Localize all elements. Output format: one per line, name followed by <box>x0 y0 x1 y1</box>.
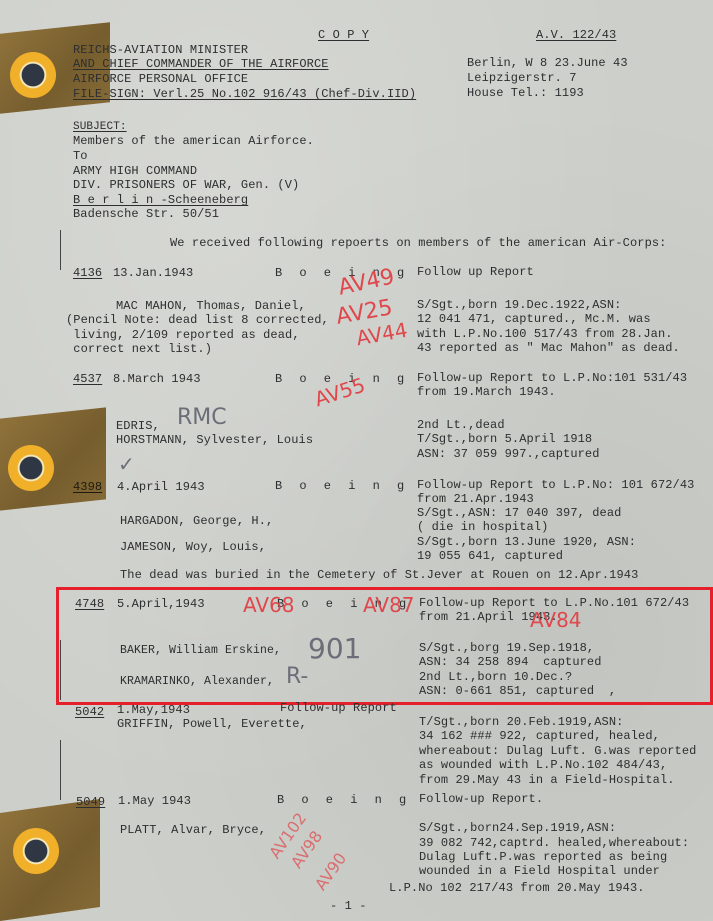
crew-line: HARGADON, George, H., <box>120 514 273 528</box>
detail-line: Dulag Luft.P.was reported as being <box>419 850 667 864</box>
pencil-checkmark: ✓ <box>118 452 135 476</box>
subject-label: SUBJECT: <box>73 120 127 134</box>
recipient-line: Badensche Str. 50/51 <box>73 207 219 221</box>
detail-line: ASN: 34 258 894 captured <box>419 655 602 669</box>
crew-line: HORSTMANN, Sylvester, Louis <box>116 433 313 447</box>
entry-report: Follow up Report <box>417 265 534 279</box>
crew-line: JAMESON, Woy, Louis, <box>120 540 266 554</box>
entry-date: 4.April 1943 <box>117 480 205 494</box>
entry-report: Follow-up Report <box>280 701 397 715</box>
pencil-note: RMC <box>177 405 227 430</box>
detail-line: 34 162 ### 922, captured, healed, <box>419 729 660 743</box>
red-annotation: AV90 <box>311 849 350 894</box>
entry-date: 5.April,1943 <box>117 597 205 611</box>
entry-number: 4748 <box>75 597 104 611</box>
detail-line: from 29.May 43 in a Field-Hospital. <box>419 773 675 787</box>
entry-date: 1.May,1943 <box>117 703 190 717</box>
detail-line: T/Sgt.,born 20.Feb.1919,ASN: <box>419 715 623 729</box>
entry-aircraft: B o e i n g <box>277 793 411 807</box>
detail-line: 19 055 641, captured <box>417 549 563 563</box>
detail-line: 2nd Lt.,born 10.Dec.? <box>419 670 572 684</box>
detail-line: S/Sgt.,borg 19.Sep.1918, <box>419 641 594 655</box>
red-annotation: AV68 <box>243 593 295 617</box>
recipient-line: DIV. PRISONERS OF WAR, Gen. (V) <box>73 178 299 192</box>
detail-line: 12 041 471, captured., Mc.M. was <box>417 312 651 326</box>
entry-number: 5049 <box>76 795 105 809</box>
crew-line: (Pencil Note: dead list 8 corrected, <box>66 313 329 327</box>
detail-line: S/Sgt.,born 13.June 1920, ASN: <box>417 535 636 549</box>
detail-line: with L.P.No.100 517/43 from 28.Jan. <box>417 327 673 341</box>
recipient-to: To <box>73 149 88 163</box>
pencil-note: R- <box>286 664 308 689</box>
entry-date: 1.May 1943 <box>118 794 191 808</box>
detail-line: whereabout: Dulag Luft. G.was reported <box>419 744 696 758</box>
crew-line: living, 2/109 reported as dead, <box>66 328 300 342</box>
subject-text: Members of the american Airforce. <box>73 134 314 148</box>
detail-line: 39 082 742,captrd. healed,whereabout: <box>419 836 689 850</box>
entry-date: 8.March 1943 <box>113 372 201 386</box>
sender-line: AND CHIEF COMMANDER OF THE AIRFORCE <box>73 57 329 71</box>
address-line: House Tel.: 1193 <box>467 86 584 100</box>
detail-line: S/Sgt.,born 19.Dec.1922,ASN: <box>417 298 621 312</box>
detail-line: T/Sgt.,born 5.April 1918 <box>417 432 592 446</box>
detail-line: S/Sgt.,born24.Sep.1919,ASN: <box>419 821 616 835</box>
punch-hole-top <box>10 52 56 98</box>
entry-number: 4537 <box>73 372 102 386</box>
detail-line: 2nd Lt.,dead <box>417 418 505 432</box>
crew-line: BAKER, William Erskine, <box>120 644 281 658</box>
address-line: Leipzigerstr. 7 <box>467 71 577 85</box>
detail-line: ( die in hospital) <box>417 520 548 534</box>
entry-report: Follow-up Report to L.P.No: 101 672/43 <box>417 478 694 492</box>
reference-number: A.V. 122/43 <box>536 28 616 42</box>
entry-footer: The dead was buried in the Cemetery of S… <box>120 568 638 582</box>
sender-line: REICHS-AVIATION MINISTER <box>73 43 248 57</box>
margin-mark <box>60 740 61 800</box>
entry-aircraft: B o e i n g <box>275 479 409 493</box>
detail-line: 43 reported as " Mac Mahon" as dead. <box>417 341 680 355</box>
address-line: Berlin, W 8 23.June 43 <box>467 56 628 70</box>
entry-report: Follow-up Report. <box>419 792 543 806</box>
entry-number: 4398 <box>73 480 102 494</box>
punch-hole-middle <box>8 445 54 491</box>
copy-label: C O P Y <box>318 28 369 42</box>
entry-report: from 21.Apr.1943 <box>417 492 534 506</box>
detail-line: wounded in a Field Hospital under <box>419 864 660 878</box>
entry-report: from 19.March 1943. <box>417 385 556 399</box>
recipient-line: B e r l i n -Scheeneberg <box>73 193 248 207</box>
crew-line: GRIFFIN, Powell, Everette, <box>117 717 307 731</box>
red-annotation: AV87 <box>363 593 415 617</box>
file-sign: FILE-SIGN: Verl.25 No.102 916/43 (Chef-D… <box>73 87 416 101</box>
entry-footer: L.P.No 102 217/43 from 20.May 1943. <box>389 881 645 895</box>
document-page: C O P Y A.V. 122/43 REICHS-AVIATION MINI… <box>0 0 713 921</box>
entry-report: Follow-up Report to L.P.No:101 531/43 <box>417 371 687 385</box>
intro-text: We received following repoerts on member… <box>170 236 666 250</box>
detail-line: ASN: 0-661 851, captured , <box>419 684 616 698</box>
pencil-note: 901 <box>308 632 361 665</box>
red-annotation: AV84 <box>530 608 582 632</box>
crew-line: correct next list.) <box>66 342 212 356</box>
detail-line: as wounded with L.P.No.102 484/43, <box>419 758 667 772</box>
punch-hole-bottom <box>13 828 59 874</box>
crew-line: MAC MAHON, Thomas, Daniel, <box>116 299 306 313</box>
entry-number: 5042 <box>75 705 104 719</box>
recipient-line: ARMY HIGH COMMAND <box>73 164 197 178</box>
entry-date: 13.Jan.1943 <box>113 266 193 280</box>
sender-line: AIRFORCE PERSONAL OFFICE <box>73 72 248 86</box>
margin-mark <box>60 230 61 270</box>
crew-line: EDRIS, <box>116 419 160 433</box>
detail-line: ASN: 37 059 997.,captured <box>417 447 600 461</box>
crew-line: PLATT, Alvar, Bryce, <box>120 823 266 837</box>
page-number: - 1 - <box>330 899 367 913</box>
entry-number: 4136 <box>73 266 102 280</box>
detail-line: S/Sgt.,ASN: 17 040 397, dead <box>417 506 621 520</box>
crew-line: KRAMARINKO, Alexander, <box>120 675 274 689</box>
